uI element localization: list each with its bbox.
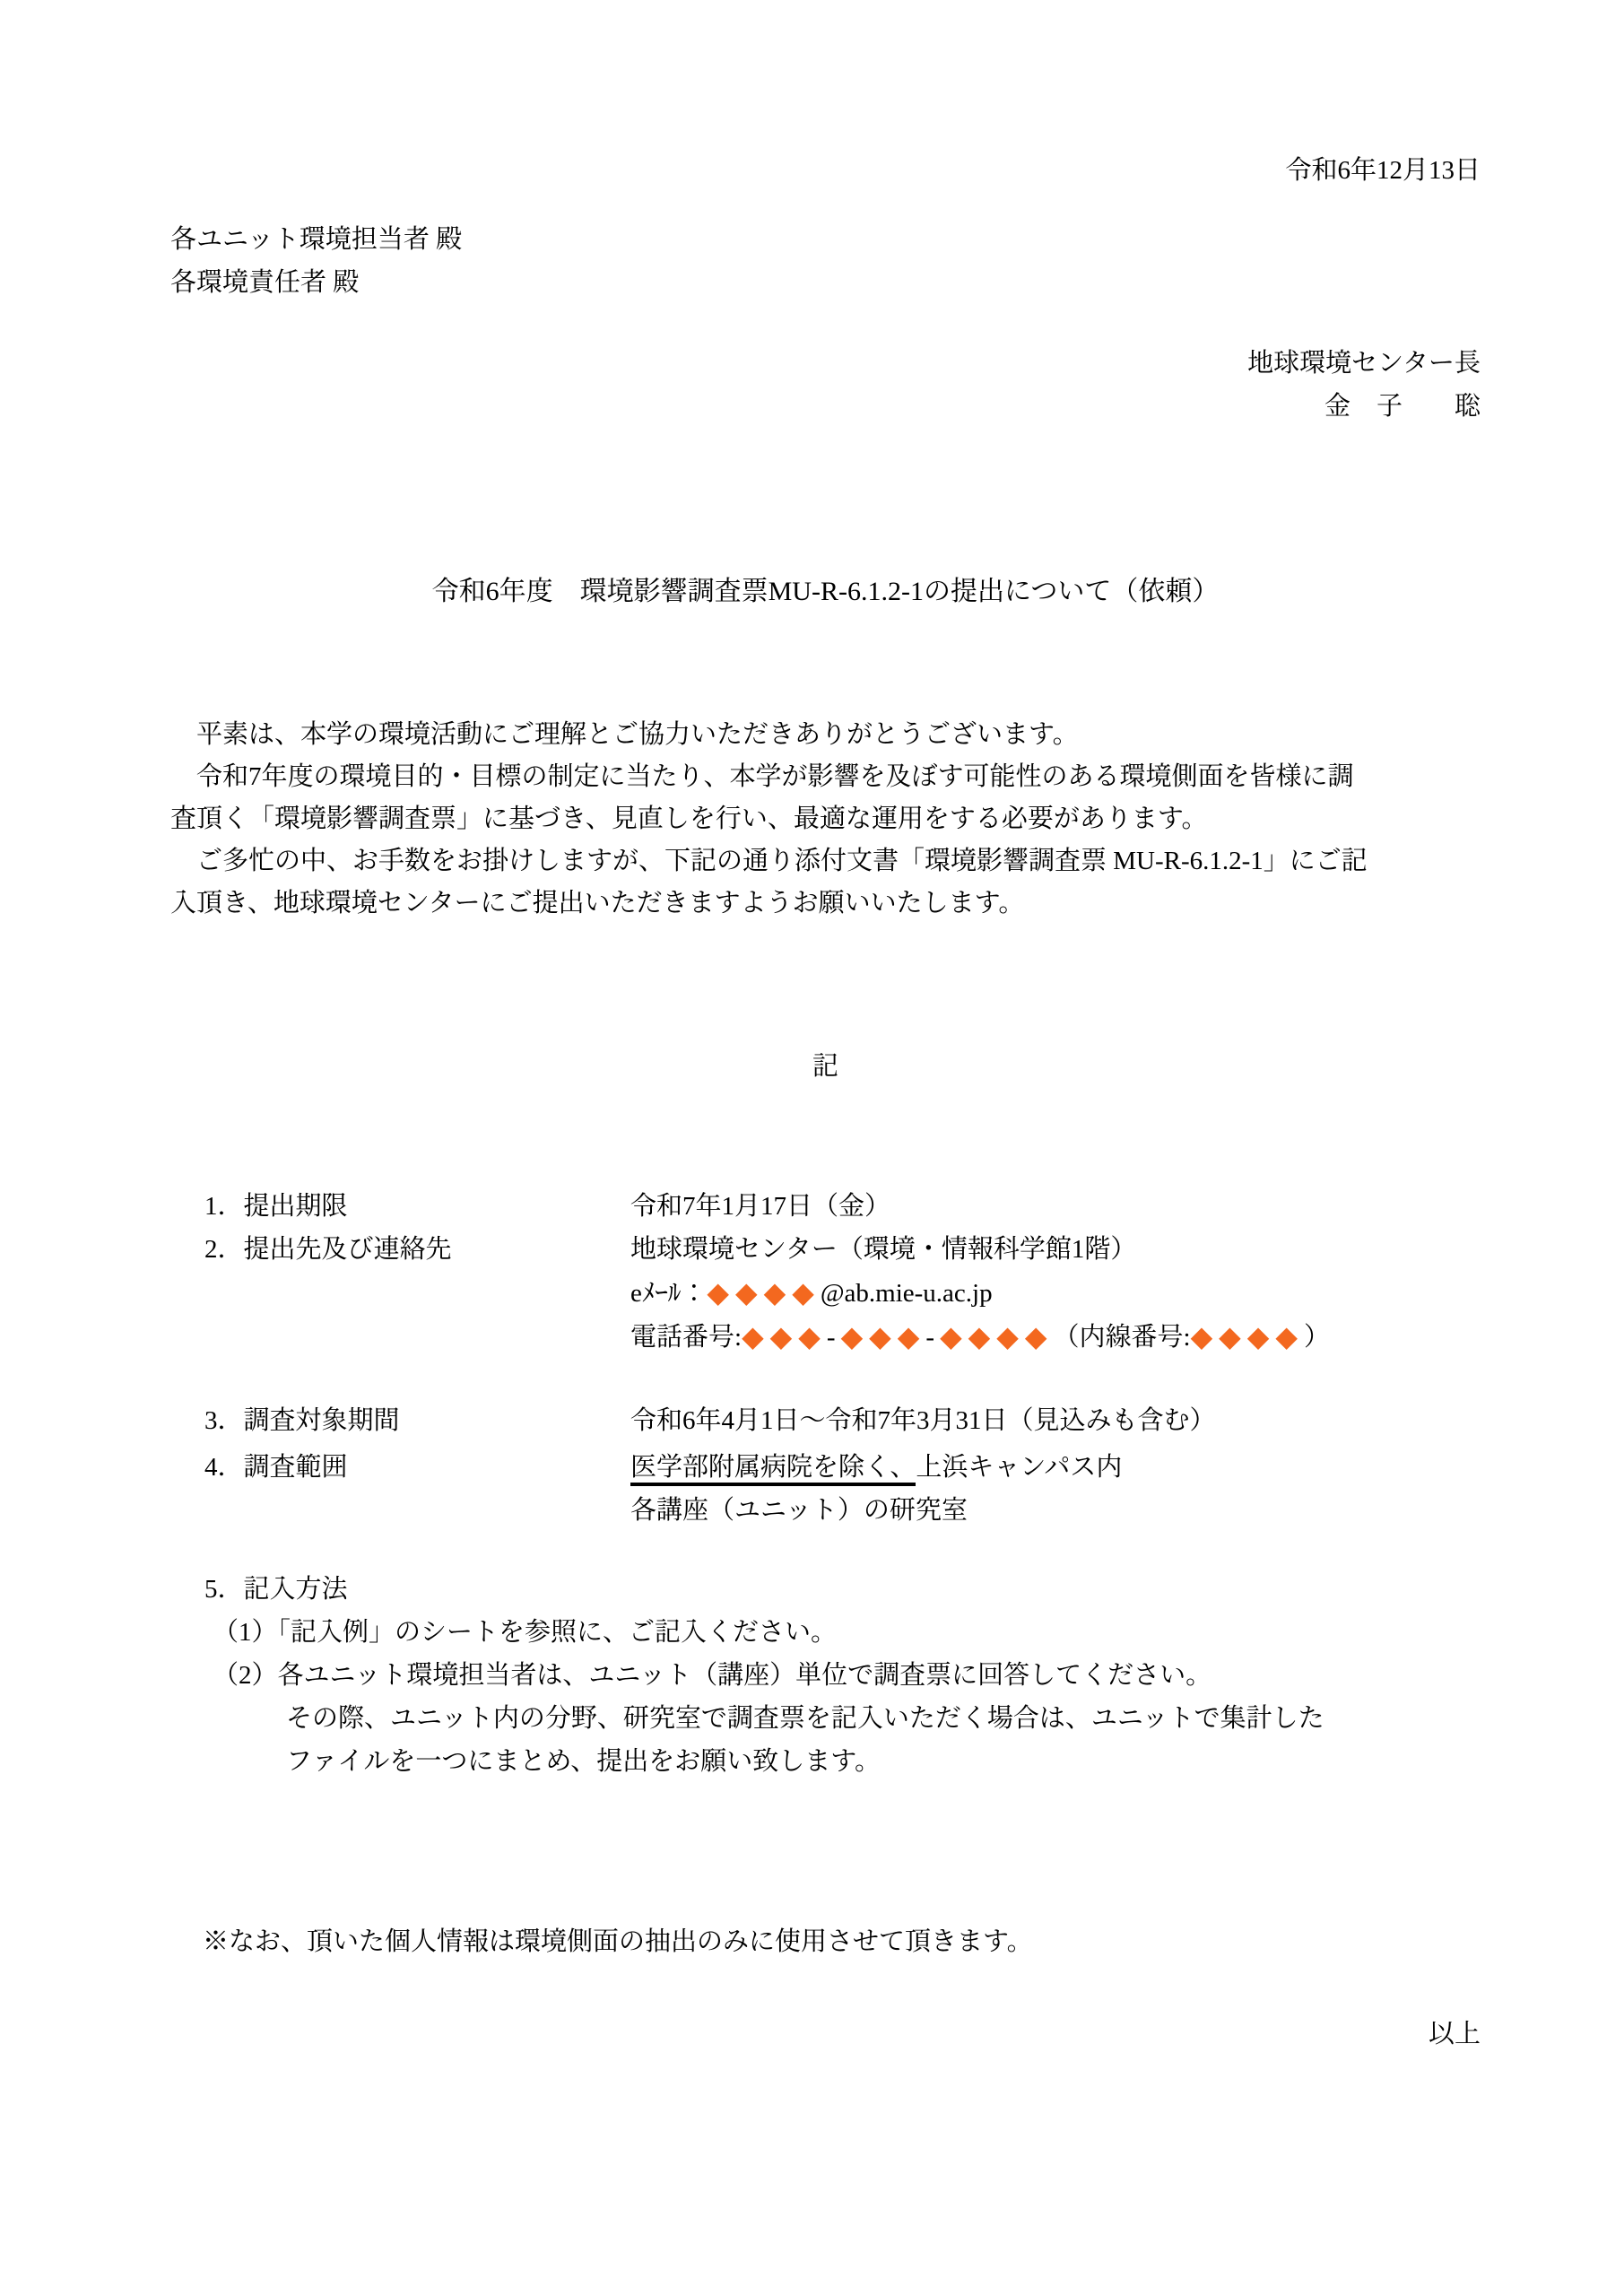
body-line-1: 平素は、本学の環境活動にご理解とご協力いただきありがとうございます。 (170, 714, 1481, 756)
document-title: 令和6年度 環境影響調査票MU-R-6.1.2-1の提出について（依頼） (170, 570, 1481, 613)
list-item-1: 1．提出期限 令和7年1月17日（金） (170, 1185, 1481, 1228)
body-paragraphs: 平素は、本学の環境活動にご理解とご協力いただきありがとうございます。 令和7年度… (170, 714, 1481, 925)
sender-title: 地球環境センター長 (170, 342, 1481, 385)
item2-address: 地球環境センター（環境・情報科学館1階） (630, 1228, 1481, 1271)
item5-sub2: （2）各ユニット環境担当者は、ユニット（講座）単位で調査票に回答してください。 (170, 1654, 1481, 1697)
list-item-4: 4．調査範囲 医学部附属病院を除く、上浜キャンパス内 各講座（ユニット）の研究室 (170, 1446, 1481, 1532)
phone-separator-2: - (925, 1323, 934, 1352)
email-line: eﾒｰﾙ：◆◆◆◆@ab.mie-u.ac.jp (630, 1271, 1481, 1315)
document-page: 令和6年12月13日 各ユニット環境担当者 殿 各環境責任者 殿 地球環境センタ… (0, 0, 1624, 2296)
section-marker-ki: 記 (170, 1046, 1481, 1088)
item4-label: 4．調査範囲 (204, 1446, 630, 1532)
phone-masked-group2: ◆◆◆ (841, 1320, 926, 1352)
item2-label: 2．提出先及び連絡先 (204, 1228, 630, 1359)
phone-masked-group3: ◆◆◆◆ (940, 1320, 1053, 1352)
document-date: 令和6年12月13日 (170, 149, 1481, 192)
details-list: 1．提出期限 令和7年1月17日（金） 2．提出先及び連絡先 地球環境センター（… (170, 1185, 1481, 1783)
recipient-line-2: 各環境責任者 殿 (170, 261, 1481, 304)
item2-value: 地球環境センター（環境・情報科学館1階） eﾒｰﾙ：◆◆◆◆@ab.mie-u.… (630, 1228, 1481, 1359)
item1-value: 令和7年1月17日（金） (630, 1185, 1481, 1228)
list-item-2: 2．提出先及び連絡先 地球環境センター（環境・情報科学館1階） eﾒｰﾙ：◆◆◆… (170, 1228, 1481, 1359)
recipients-block: 各ユニット環境担当者 殿 各環境責任者 殿 (170, 218, 1481, 304)
item4-line1: 医学部附属病院を除く、上浜キャンパス内 (630, 1446, 1481, 1489)
item5-sub1: （1）「記入例」のシートを参照に、ご記入ください。 (170, 1611, 1481, 1654)
email-masked-diamonds: ◆◆◆◆ (707, 1276, 820, 1309)
phone-line: 電話番号:◆◆◆-◆◆◆-◆◆◆◆（内線番号:◆◆◆◆） (630, 1315, 1481, 1359)
item5-sub2-continuation-1: その際、ユニット内の分野、研究室で調査票を記入いただく場合は、ユニットで集計した (170, 1697, 1481, 1740)
closing-ijou: 以上 (170, 2013, 1481, 2056)
privacy-note: ※なお、頂いた個人情報は環境側面の抽出のみに使用させて頂きます。 (170, 1920, 1481, 1963)
email-domain: @ab.mie-u.ac.jp (821, 1279, 993, 1308)
body-line-5: 入頂き、地球環境センターにご提出いただきますようお願いいたします。 (170, 883, 1481, 925)
phone-masked-group1: ◆◆◆ (742, 1320, 827, 1352)
list-item-5: 5．記入方法 (170, 1568, 1481, 1611)
body-line-3: 査頂く「環境影響調査票」に基づき、見直しを行い、最適な運用をする必要があります。 (170, 798, 1481, 840)
body-line-2: 令和7年度の環境目的・目標の制定に当たり、本学が影響を及ぼす可能性のある環境側面… (170, 756, 1481, 798)
list-item-3: 3．調査対象期間 令和6年4月1日～令和7年3月31日（見込みも含む） (170, 1399, 1481, 1442)
item3-value: 令和6年4月1日～令和7年3月31日（見込みも含む） (630, 1399, 1481, 1442)
item3-label: 3．調査対象期間 (204, 1399, 630, 1442)
extension-prefix: （内線番号: (1054, 1323, 1191, 1352)
phone-prefix: 電話番号: (630, 1323, 742, 1352)
body-line-4: ご多忙の中、お手数をお掛けしますが、下記の通り添付文書「環境影響調査票 MU-R… (170, 840, 1481, 883)
extension-masked-diamonds: ◆◆◆◆ (1191, 1320, 1304, 1352)
phone-separator-1: - (827, 1323, 836, 1352)
item5-sub2-continuation-2: ファイルを一つにまとめ、提出をお願い致します。 (170, 1740, 1481, 1783)
item4-underlined-scope: 医学部附属病院を除く、 (630, 1453, 916, 1486)
email-prefix: eﾒｰﾙ： (630, 1279, 707, 1308)
item4-scope-rest: 上浜キャンパス内 (916, 1453, 1122, 1482)
sender-block: 地球環境センター長 金 子 聡 (170, 342, 1481, 428)
item5-label: 5．記入方法 (204, 1568, 630, 1611)
sender-name: 金 子 聡 (170, 385, 1481, 428)
extension-suffix: ） (1304, 1323, 1330, 1352)
item4-value: 医学部附属病院を除く、上浜キャンパス内 各講座（ユニット）の研究室 (630, 1446, 1481, 1532)
recipient-line-1: 各ユニット環境担当者 殿 (170, 218, 1481, 261)
item1-label: 1．提出期限 (204, 1185, 630, 1228)
item4-line2: 各講座（ユニット）の研究室 (630, 1489, 1481, 1532)
